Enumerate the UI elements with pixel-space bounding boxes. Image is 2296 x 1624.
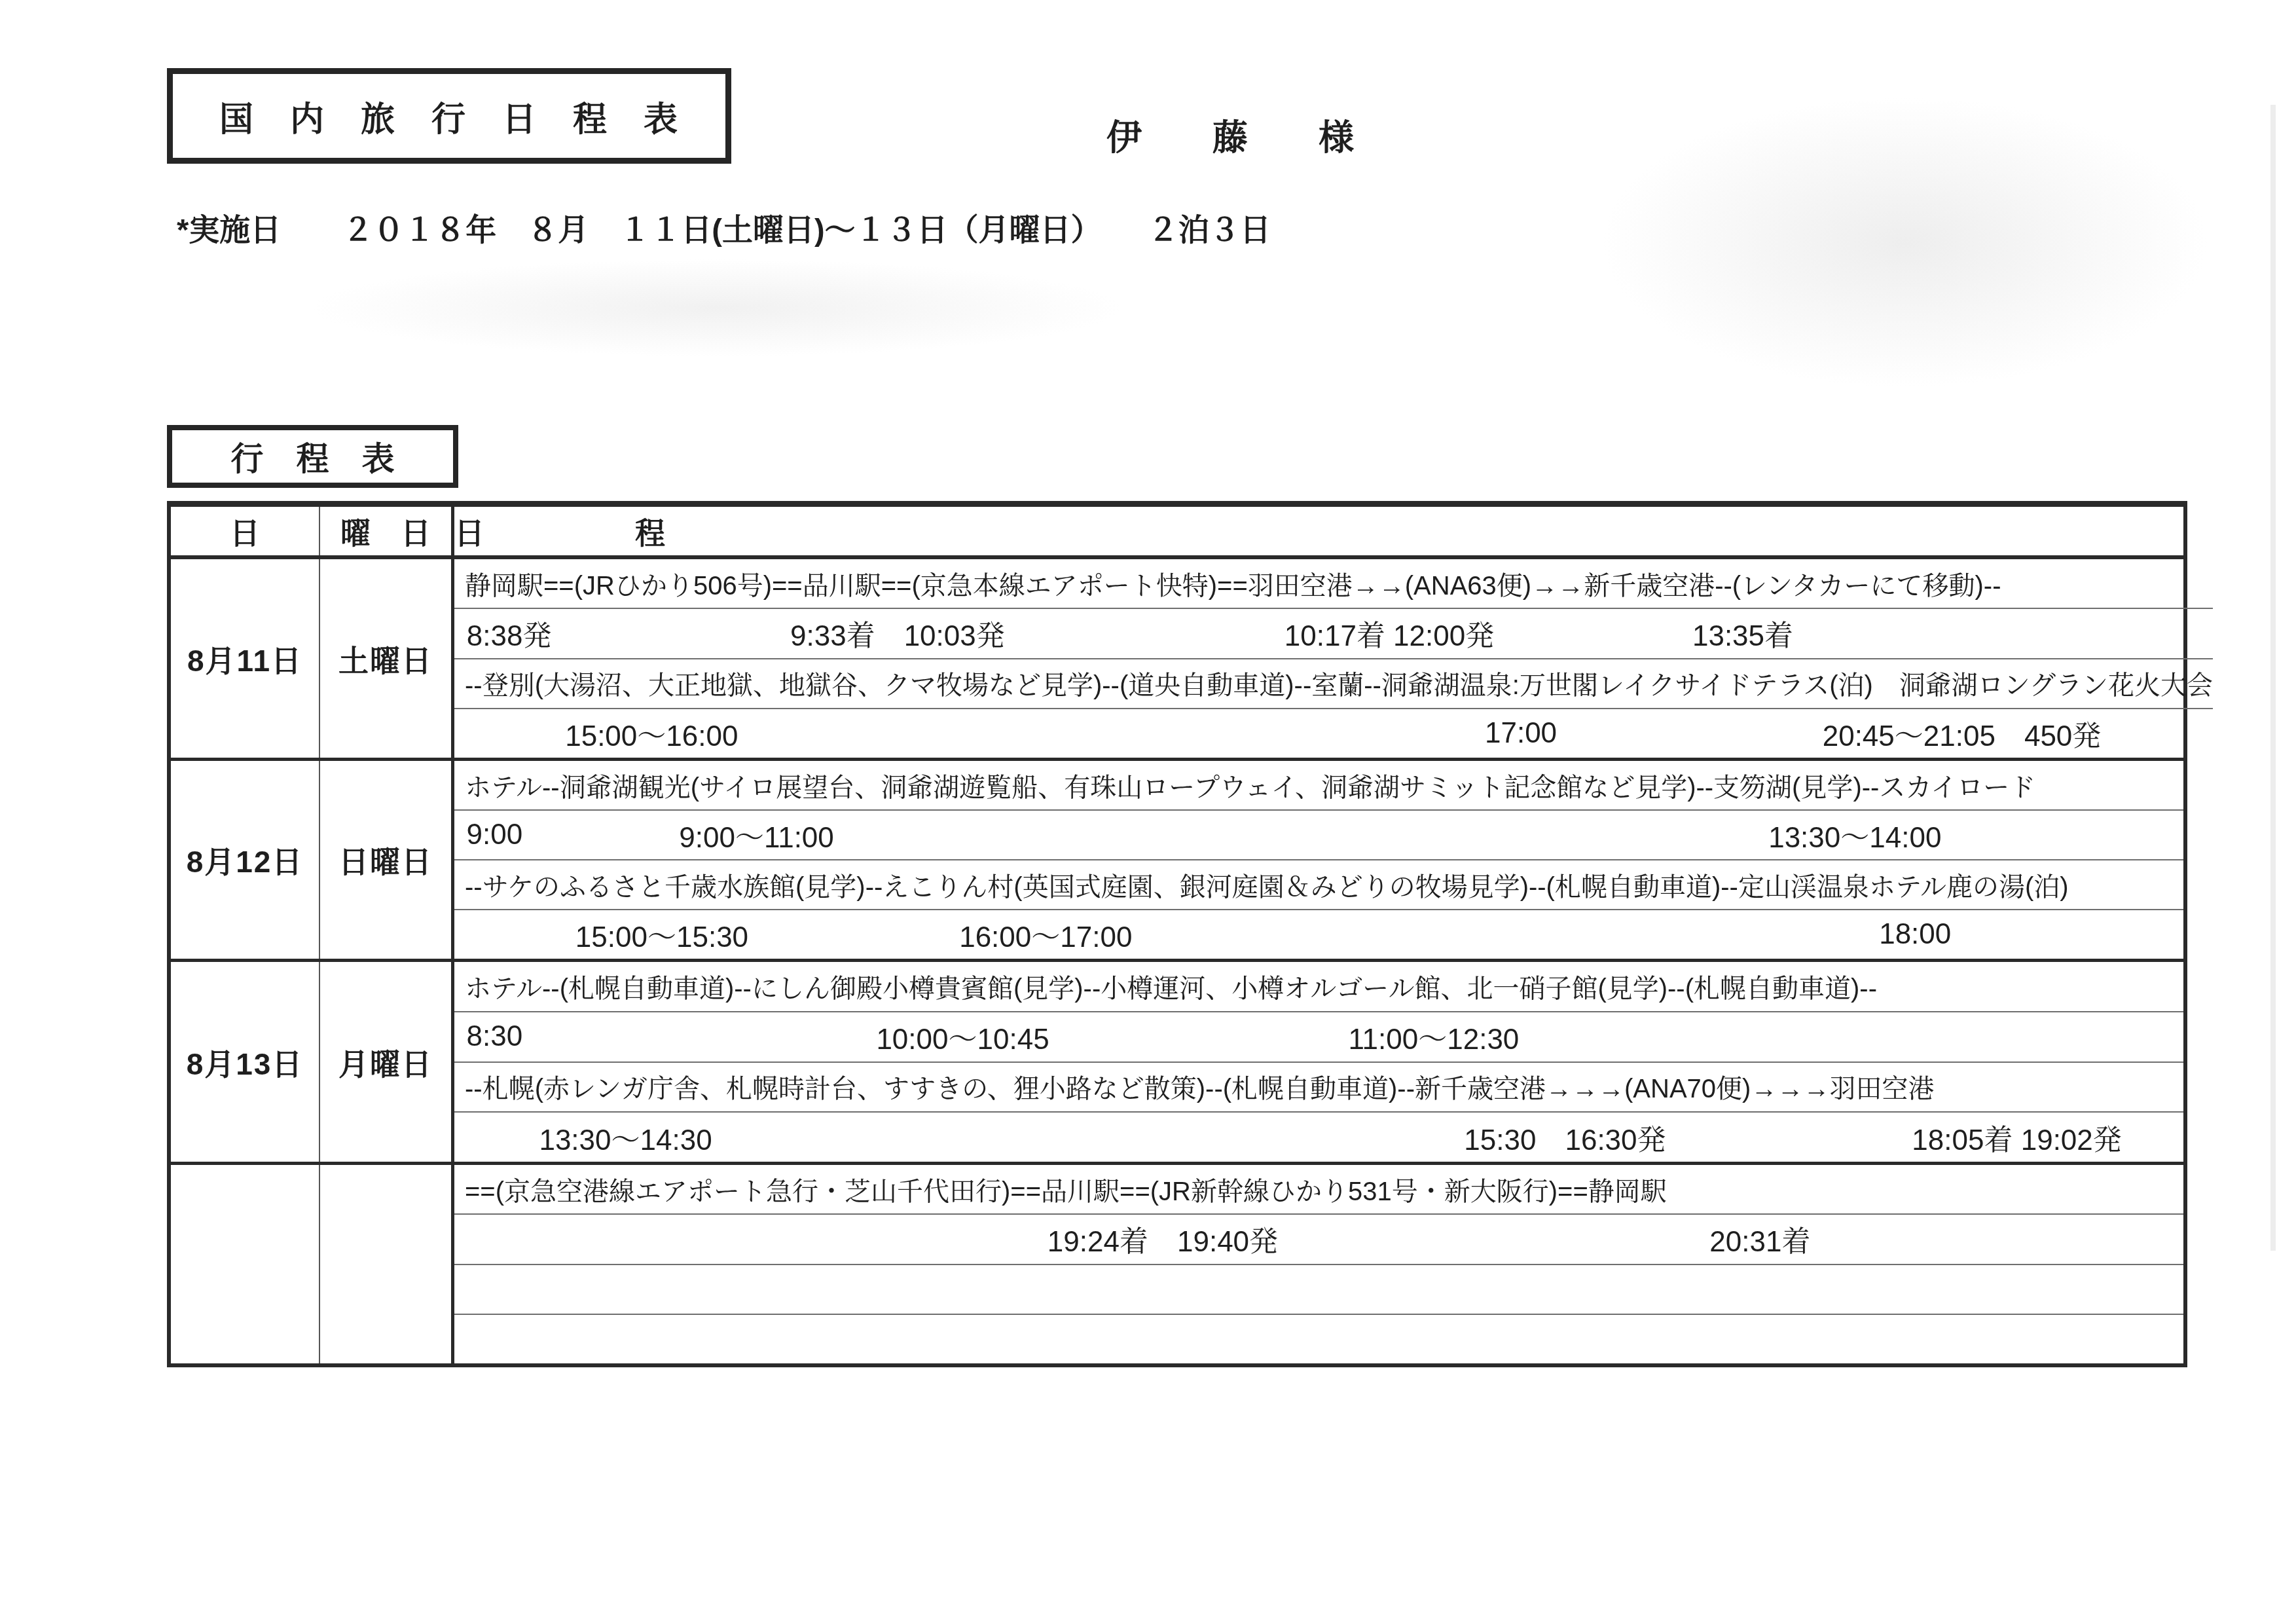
time-token: 10:00～10:45	[876, 1016, 1049, 1058]
schedule-times-row: 19:24着 19:40発20:31着	[454, 1213, 2183, 1263]
time-token: 10:17着 12:00発	[1285, 612, 1494, 654]
time-token: 16:00～17:00	[959, 913, 1132, 955]
schedule-times-row: 15:00～15:3016:00～17:0018:00	[454, 909, 2183, 959]
schedule-text-row: --札幌(赤レンガ庁舎、札幌時計台、すすきの、狸小路など散策)--(札幌自動車道…	[454, 1061, 2183, 1112]
schedule-times-row: 13:30～14:3015:30 16:30発18:05着 19:02発	[454, 1111, 2183, 1162]
schedule-text-row: --サケのふるさと千歳水族館(見学)--えこりん村(英国式庭園、銀河庭園＆みどり…	[454, 859, 2183, 909]
day-block: 8月11日土曜日静岡駅==(JRひかり506号)==品川駅==(京急本線エアポー…	[171, 559, 2183, 758]
date-cell: 8月11日	[171, 559, 320, 758]
schedule-text-row: --登別(大湯沼、大正地獄、地獄谷、クマ牧場など見学)--(道央自動車道)--室…	[454, 658, 2213, 708]
time-token: 13:30～14:30	[539, 1116, 712, 1158]
itinerary-label-box: 行 程 表	[167, 425, 458, 488]
day-block: ==(京急空港線エアポート急行・芝山千代田行)==品川駅==(JR新幹線ひかり5…	[171, 1162, 2183, 1363]
title-box: 国 内 旅 行 日 程 表	[167, 68, 731, 164]
time-token: 13:30～14:00	[1768, 814, 1941, 856]
document-page: 国 内 旅 行 日 程 表 伊 藤 様 *実施日 ２０１８年 ８月 １１日(土曜…	[0, 0, 2296, 1624]
time-token: 9:33着 10:03発	[790, 612, 1005, 654]
day-block: 8月13日月曜日ホテル--(札幌自動車道)--にしん御殿小樽貴賓館(見学)--小…	[171, 959, 2183, 1162]
time-token: 20:45～21:05 450発	[1823, 712, 2102, 754]
schedule-text-row: ==(京急空港線エアポート急行・芝山千代田行)==品川駅==(JR新幹線ひかり5…	[454, 1165, 2183, 1213]
schedule-table-body: 8月11日土曜日静岡駅==(JRひかり506号)==品川駅==(京急本線エアポー…	[171, 559, 2183, 1363]
scan-artifact	[308, 259, 1126, 357]
date-cell	[171, 1165, 320, 1363]
time-token: 11:00～12:30	[1348, 1016, 1519, 1058]
date-cell: 8月13日	[171, 962, 320, 1162]
schedule-text-row: 静岡駅==(JRひかり506号)==品川駅==(京急本線エアポート快特)==羽田…	[454, 559, 2213, 608]
schedule-cell: 静岡駅==(JRひかり506号)==品川駅==(京急本線エアポート快特)==羽田…	[454, 559, 2213, 758]
date-line: *実施日 ２０１８年 ８月 １１日(土曜日)～１３日（月曜日） ２泊３日	[177, 206, 1271, 249]
time-token: 20:31着	[1709, 1218, 1810, 1260]
schedule-times-row: 8:3010:00～10:4511:00～12:30	[454, 1011, 2183, 1061]
scan-artifact	[1591, 92, 2219, 393]
schedule-table: 日 曜 日 日 程 8月11日土曜日静岡駅==(JRひかり506号)==品川駅=…	[167, 501, 2187, 1367]
weekday-cell: 土曜日	[320, 559, 454, 758]
time-token: 8:30	[466, 1020, 522, 1053]
schedule-text-row: ホテル--(札幌自動車道)--にしん御殿小樽貴賓館(見学)--小樽運河、小樽オル…	[454, 962, 2183, 1011]
schedule-times-row: 9:009:00～11:0013:30～14:00	[454, 809, 2183, 859]
table-header-weekday: 曜 日	[320, 507, 454, 555]
schedule-cell: ==(京急空港線エアポート急行・芝山千代田行)==品川駅==(JR新幹線ひかり5…	[454, 1165, 2183, 1363]
time-token: 9:00～11:00	[679, 814, 833, 856]
time-token: 17:00	[1485, 717, 1557, 750]
schedule-cell: ホテル--洞爺湖観光(サイロ展望台、洞爺湖遊覧船、有珠山ロープウェイ、洞爺湖サミ…	[454, 761, 2183, 959]
schedule-times-row: 8:38発9:33着 10:03発10:17着 12:00発13:35着	[454, 608, 2213, 657]
time-token: 15:00～16:00	[565, 712, 738, 754]
time-token: 8:38発	[467, 612, 552, 654]
schedule-text-row	[454, 1264, 2183, 1314]
weekday-cell: 日曜日	[320, 761, 454, 959]
itinerary-label: 行 程 表	[231, 433, 395, 480]
weekday-cell	[320, 1165, 454, 1363]
time-token: 15:30 16:30発	[1464, 1116, 1666, 1158]
table-header-day: 日	[171, 507, 320, 555]
scan-artifact	[2270, 105, 2276, 1251]
table-header-row: 日 曜 日 日 程	[171, 507, 2183, 559]
time-token: 9:00	[466, 819, 522, 851]
time-token: 15:00～15:30	[575, 913, 748, 955]
weekday-cell: 月曜日	[320, 962, 454, 1162]
time-token: 18:05着 19:02発	[1912, 1116, 2121, 1158]
time-token: 19:24着 19:40発	[1048, 1218, 1278, 1260]
page-title: 国 内 旅 行 日 程 表	[219, 92, 679, 141]
client-name: 伊 藤 様	[1106, 110, 1354, 160]
schedule-times-row: 15:00～16:0017:0020:45～21:05 450発	[454, 708, 2213, 758]
time-token: 18:00	[1879, 918, 1951, 951]
table-header-schedule: 日 程	[454, 507, 2183, 555]
schedule-text-row: ホテル--洞爺湖観光(サイロ展望台、洞爺湖遊覧船、有珠山ロープウェイ、洞爺湖サミ…	[454, 761, 2183, 809]
time-token: 13:35着	[1692, 612, 1793, 654]
day-block: 8月12日日曜日ホテル--洞爺湖観光(サイロ展望台、洞爺湖遊覧船、有珠山ロープウ…	[171, 758, 2183, 959]
date-cell: 8月12日	[171, 761, 320, 959]
schedule-text-row	[454, 1314, 2183, 1363]
schedule-cell: ホテル--(札幌自動車道)--にしん御殿小樽貴賓館(見学)--小樽運河、小樽オル…	[454, 962, 2183, 1162]
